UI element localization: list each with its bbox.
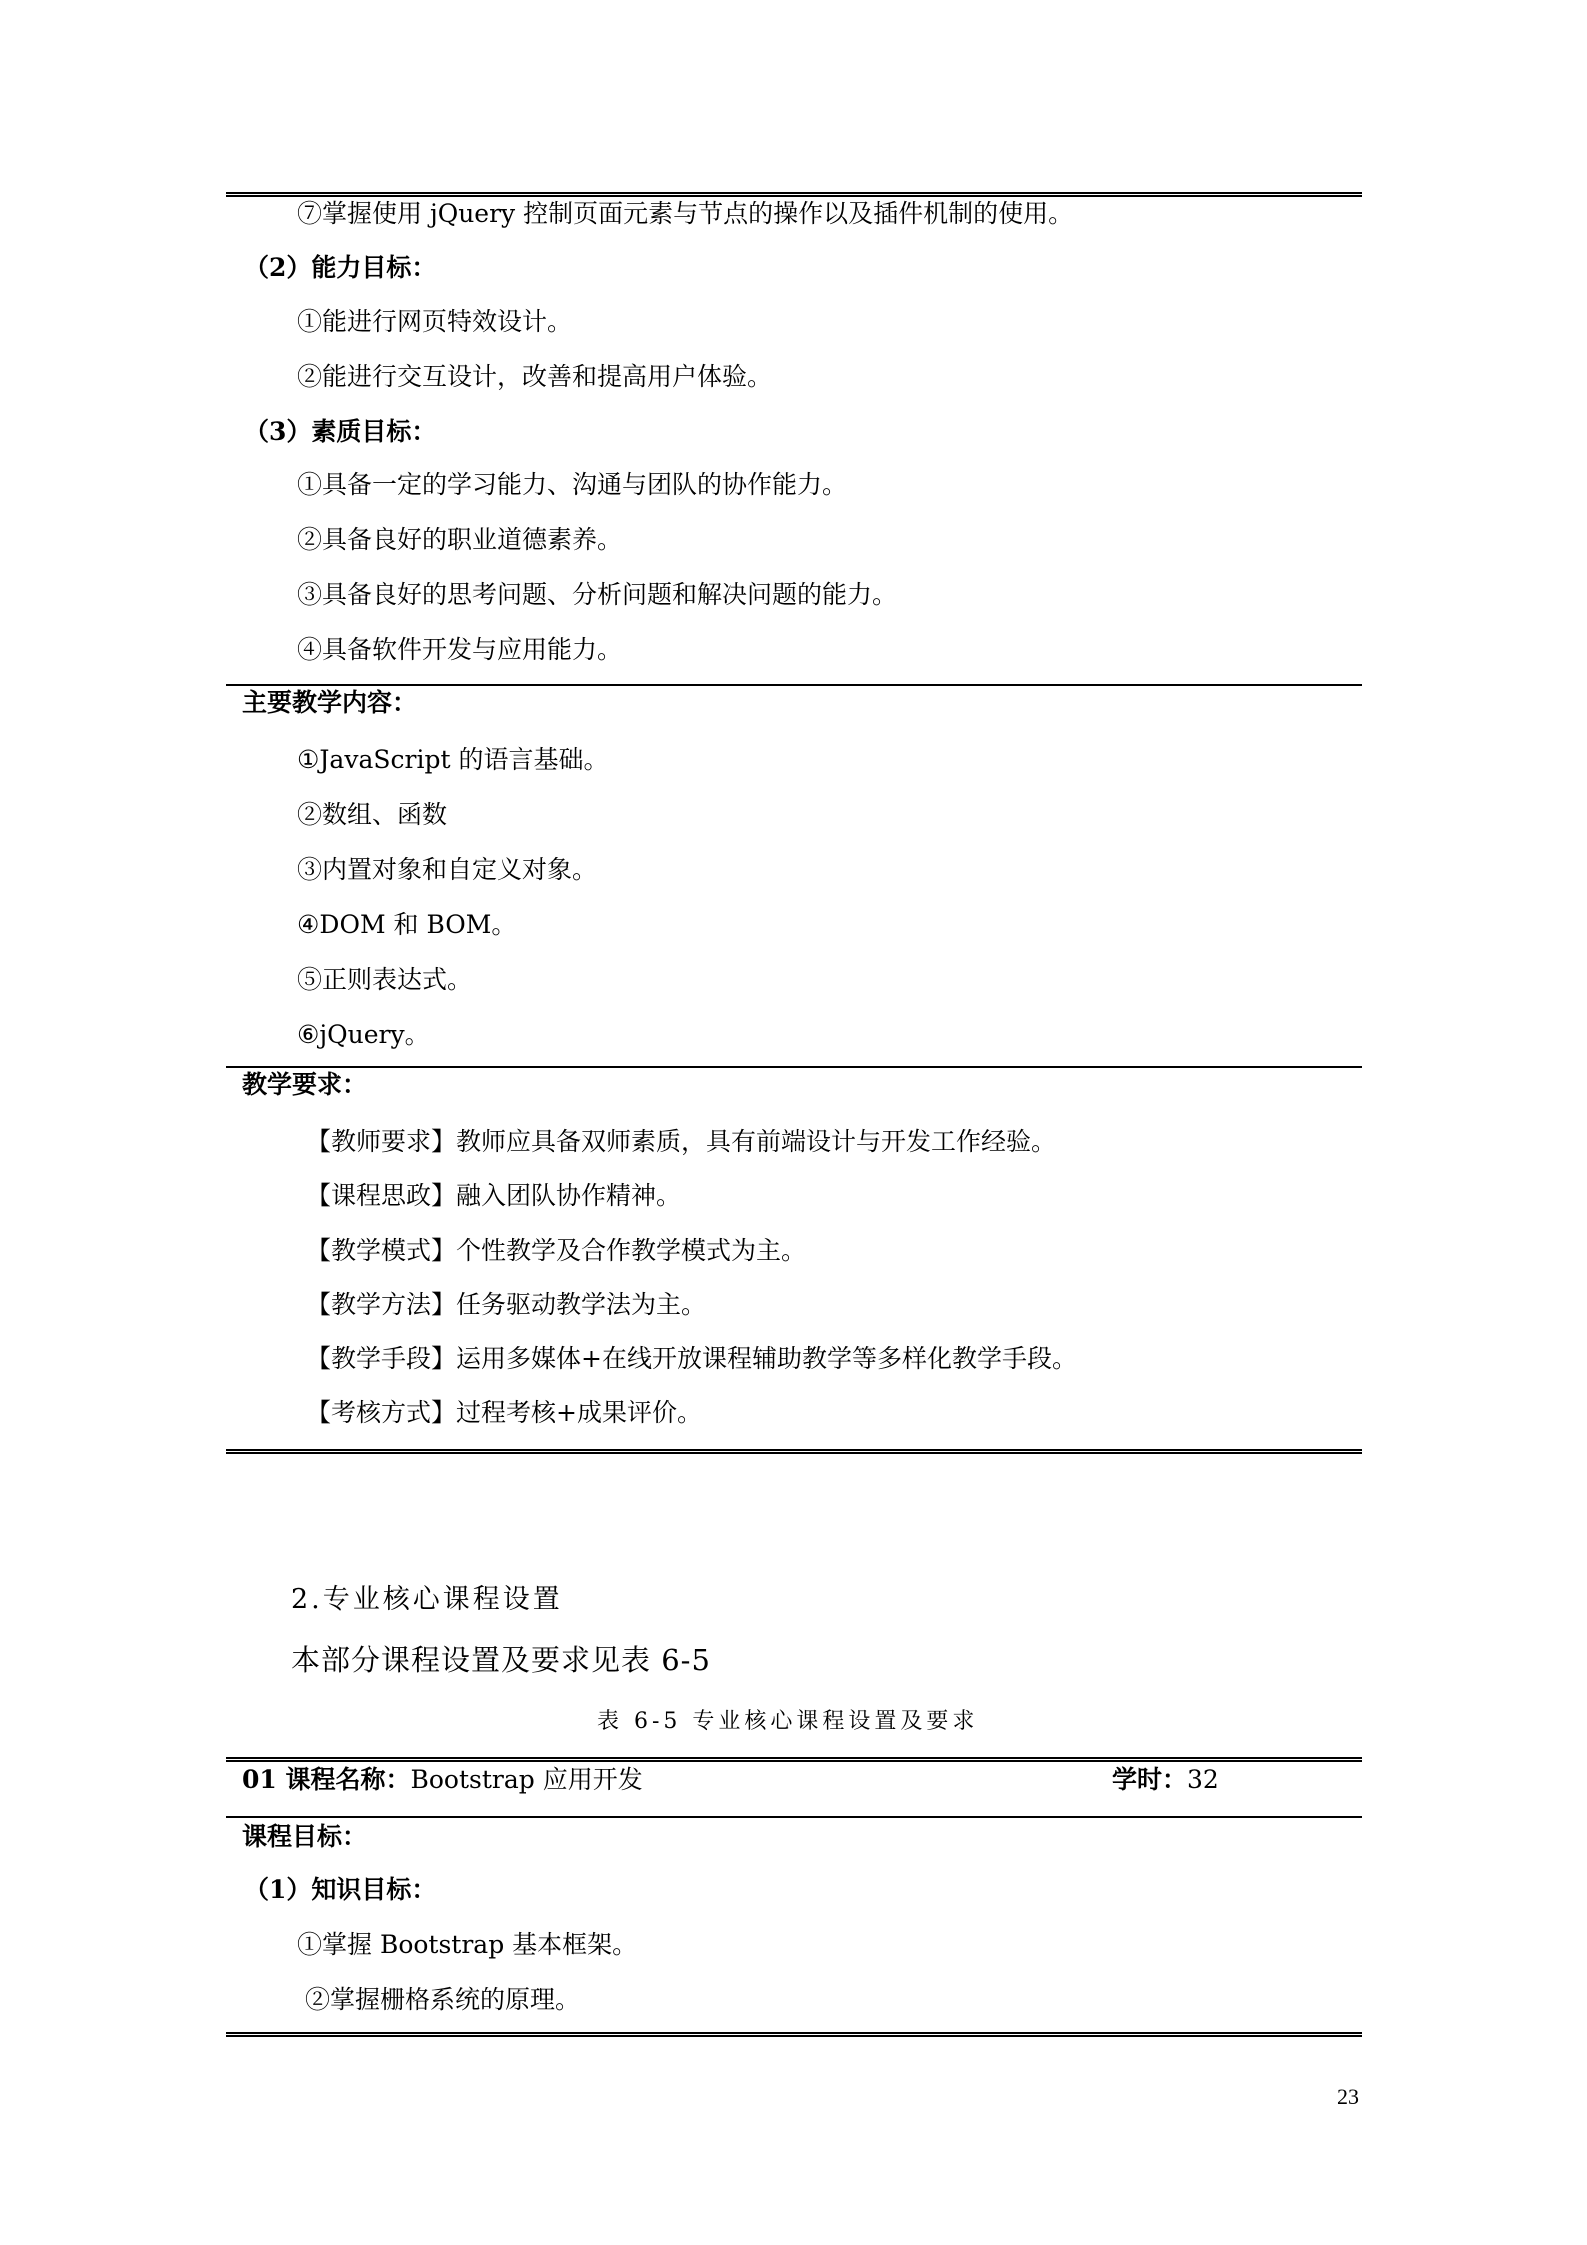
course-name-label: 01 课程名称： <box>242 1765 411 1794</box>
requirement-mode: 【教学模式】个性教学及合作教学模式为主。 <box>306 1236 806 1266</box>
main-content-item-5: ⑤正则表达式。 <box>297 965 472 995</box>
requirement-means: 【教学手段】运用多媒体+在线开放课程辅助教学等多样化教学手段。 <box>306 1344 1077 1374</box>
knowledge-goal-item-1: ①掌握 Bootstrap 基本框架。 <box>297 1930 637 1960</box>
table65-row-divider <box>226 1816 1362 1818</box>
main-content-item-4: ④DOM 和 BOM。 <box>297 910 516 940</box>
main-content-item-6: ⑥jQuery。 <box>297 1020 430 1050</box>
knowledge-goal-heading: （1）知识目标： <box>244 1875 436 1905</box>
course-name-row: 01 课程名称：Bootstrap 应用开发 <box>242 1765 643 1795</box>
course-hours-value: 32 <box>1187 1765 1219 1794</box>
main-content-item-2: ②数组、函数 <box>297 800 447 830</box>
knowledge-goal-item-2: ②掌握栅格系统的原理。 <box>305 1985 580 2015</box>
quality-goal-item-3: ③具备良好的思考问题、分析问题和解决问题的能力。 <box>297 580 897 610</box>
quality-goal-item-1: ①具备一定的学习能力、沟通与团队的协作能力。 <box>297 470 847 500</box>
section-heading: 2.专业核心课程设置 <box>291 1583 563 1617</box>
knowledge-goal-item-7: ⑦掌握使用 jQuery 控制页面元素与节点的操作以及插件机制的使用。 <box>297 199 1073 229</box>
quality-goal-heading: （3）素质目标： <box>244 417 436 447</box>
ability-goal-heading: （2）能力目标： <box>244 253 436 283</box>
course-goal-heading: 课程目标： <box>242 1822 367 1852</box>
table-caption: 表 6-5 专业核心课程设置及要求 <box>597 1708 978 1736</box>
quality-goal-item-2: ②具备良好的职业道德素养。 <box>297 525 622 555</box>
table65-bottom-border <box>226 2032 1362 2037</box>
requirement-ideology: 【课程思政】融入团队协作精神。 <box>306 1181 681 1211</box>
requirement-assessment: 【考核方式】过程考核+成果评价。 <box>306 1398 702 1428</box>
main-content-heading: 主要教学内容： <box>242 688 417 718</box>
ability-goal-item-1: ①能进行网页特效设计。 <box>297 307 572 337</box>
table-top-border <box>226 192 1362 197</box>
course-hours: 学时：32 <box>1112 1765 1219 1795</box>
requirement-method: 【教学方法】任务驱动教学法为主。 <box>306 1290 706 1320</box>
row-divider-requirements <box>226 1066 1362 1068</box>
requirement-teacher: 【教师要求】教师应具备双师素质，具有前端设计与开发工作经验。 <box>306 1127 1056 1157</box>
teaching-requirements-heading: 教学要求： <box>242 1070 367 1100</box>
table-bottom-border <box>226 1449 1362 1454</box>
main-content-item-1: ①JavaScript 的语言基础。 <box>297 745 608 775</box>
course-hours-label: 学时： <box>1112 1765 1187 1794</box>
table65-top-border <box>226 1757 1362 1762</box>
section-intro: 本部分课程设置及要求见表 6-5 <box>291 1642 711 1678</box>
course-name-value: Bootstrap 应用开发 <box>411 1765 643 1794</box>
row-divider-content <box>226 684 1362 686</box>
quality-goal-item-4: ④具备软件开发与应用能力。 <box>297 635 622 665</box>
page-number: 23 <box>1337 2082 1359 2112</box>
ability-goal-item-2: ②能进行交互设计，改善和提高用户体验。 <box>297 362 772 392</box>
main-content-item-3: ③内置对象和自定义对象。 <box>297 855 597 885</box>
